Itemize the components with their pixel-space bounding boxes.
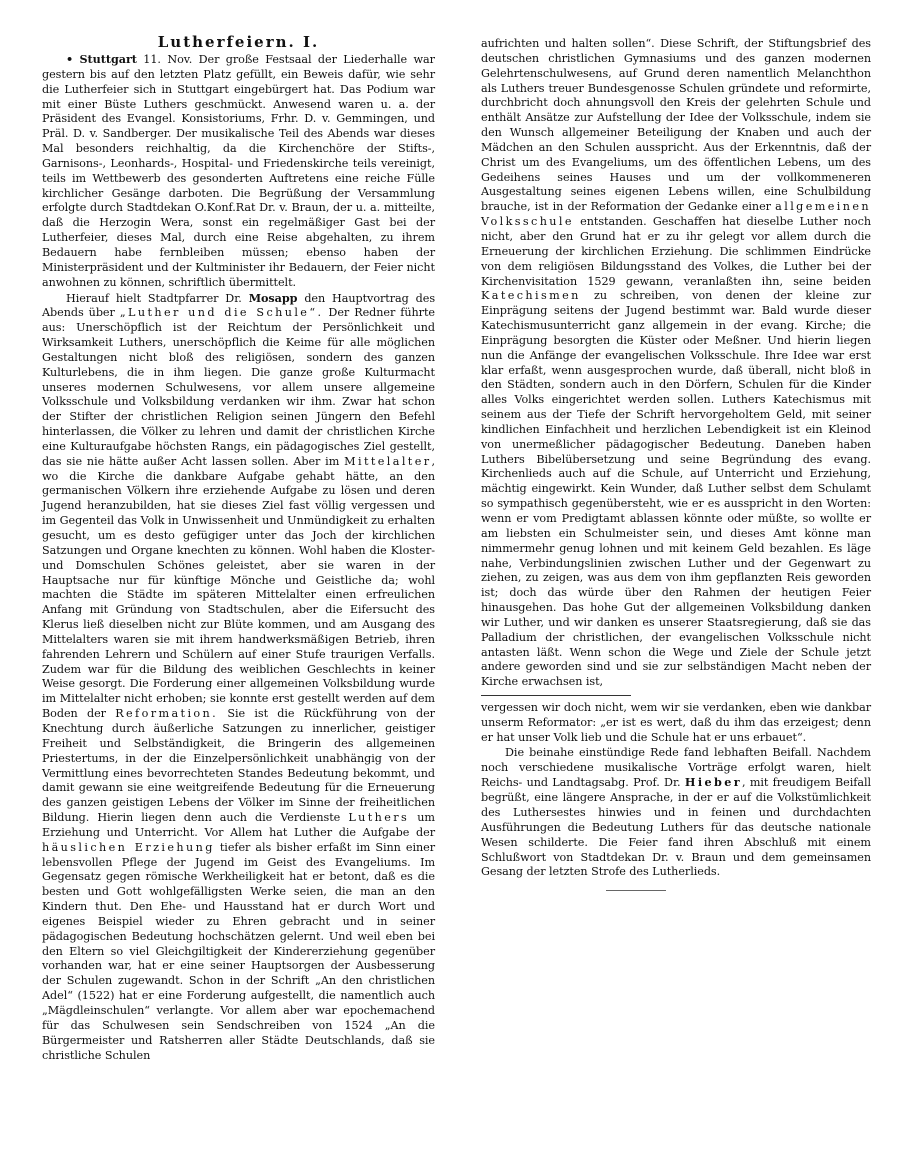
headline-title: Lutherfeiern.: [158, 33, 296, 51]
paragraph-text: , mit freudigem Beifall begrüßt, eine lä…: [481, 776, 871, 878]
paragraph-text: zu schreiben, von denen der kleine zur E…: [481, 289, 871, 688]
dateline-place: Stuttgart: [80, 52, 137, 66]
paragraph-text: , wo die Kirche die dankbare Aufgabe geh…: [42, 455, 435, 720]
emphasis-haeusliche-erziehung: häuslichen Erziehung: [42, 841, 215, 854]
emphasis-reformation: Reformation.: [115, 707, 218, 720]
paragraph-text: Sie ist die Rückführung von der Knechtun…: [42, 707, 435, 824]
paragraph-text: aufrichten und halten sollen“. Diese Sch…: [481, 37, 871, 213]
paragraph-speech: Hierauf hielt Stadtpfarrer Dr. Mosapp de…: [42, 291, 435, 1064]
separator-rule: [481, 695, 631, 696]
paragraph-text: vergessen wir doch nicht, wem wir sie ve…: [481, 701, 871, 744]
emphasis-katechismen: Katechismen: [481, 289, 581, 302]
paragraph-continuation: aufrichten und halten sollen“. Diese Sch…: [481, 37, 871, 690]
emphasis-luthers: Luthers: [348, 811, 409, 824]
emphasis-mittelalter: Mittelalter: [344, 455, 431, 468]
paragraph-text: Der Redner führte aus: Unerschöpflich is…: [42, 306, 435, 467]
article-headline: Lutherfeiern. I.: [42, 34, 435, 50]
article-column-left: Lutherfeiern. I. • Stuttgart 11. Nov. De…: [42, 34, 435, 1063]
dateline-date: 11. Nov.: [143, 53, 192, 66]
paragraph-quote: vergessen wir doch nicht, wem wir sie ve…: [481, 701, 871, 746]
paragraph-closing: Die beinahe einstündige Rede fand lebhaf…: [481, 746, 871, 881]
speaker-name: Mosapp: [249, 291, 298, 305]
article-column-right: aufrichten und halten sollen“. Diese Sch…: [481, 37, 871, 891]
headline-part: I.: [303, 33, 319, 51]
speech-topic: „Luther und die Schule“.: [120, 306, 324, 319]
paragraph-opening: • Stuttgart 11. Nov. Der große Festsaal …: [42, 52, 435, 291]
paragraph-text: tiefer als bisher erfaßt im Sinn einer l…: [42, 841, 435, 1062]
newspaper-page: Lutherfeiern. I. • Stuttgart 11. Nov. De…: [0, 0, 920, 1169]
paragraph-text: Hierauf hielt Stadtpfarrer Dr.: [66, 292, 242, 305]
speaker-name: Hieber: [685, 775, 742, 789]
paragraph-text: Der große Festsaal der Liederhalle war g…: [42, 53, 435, 289]
end-rule: [606, 890, 666, 891]
dateline-marker: •: [66, 52, 73, 66]
